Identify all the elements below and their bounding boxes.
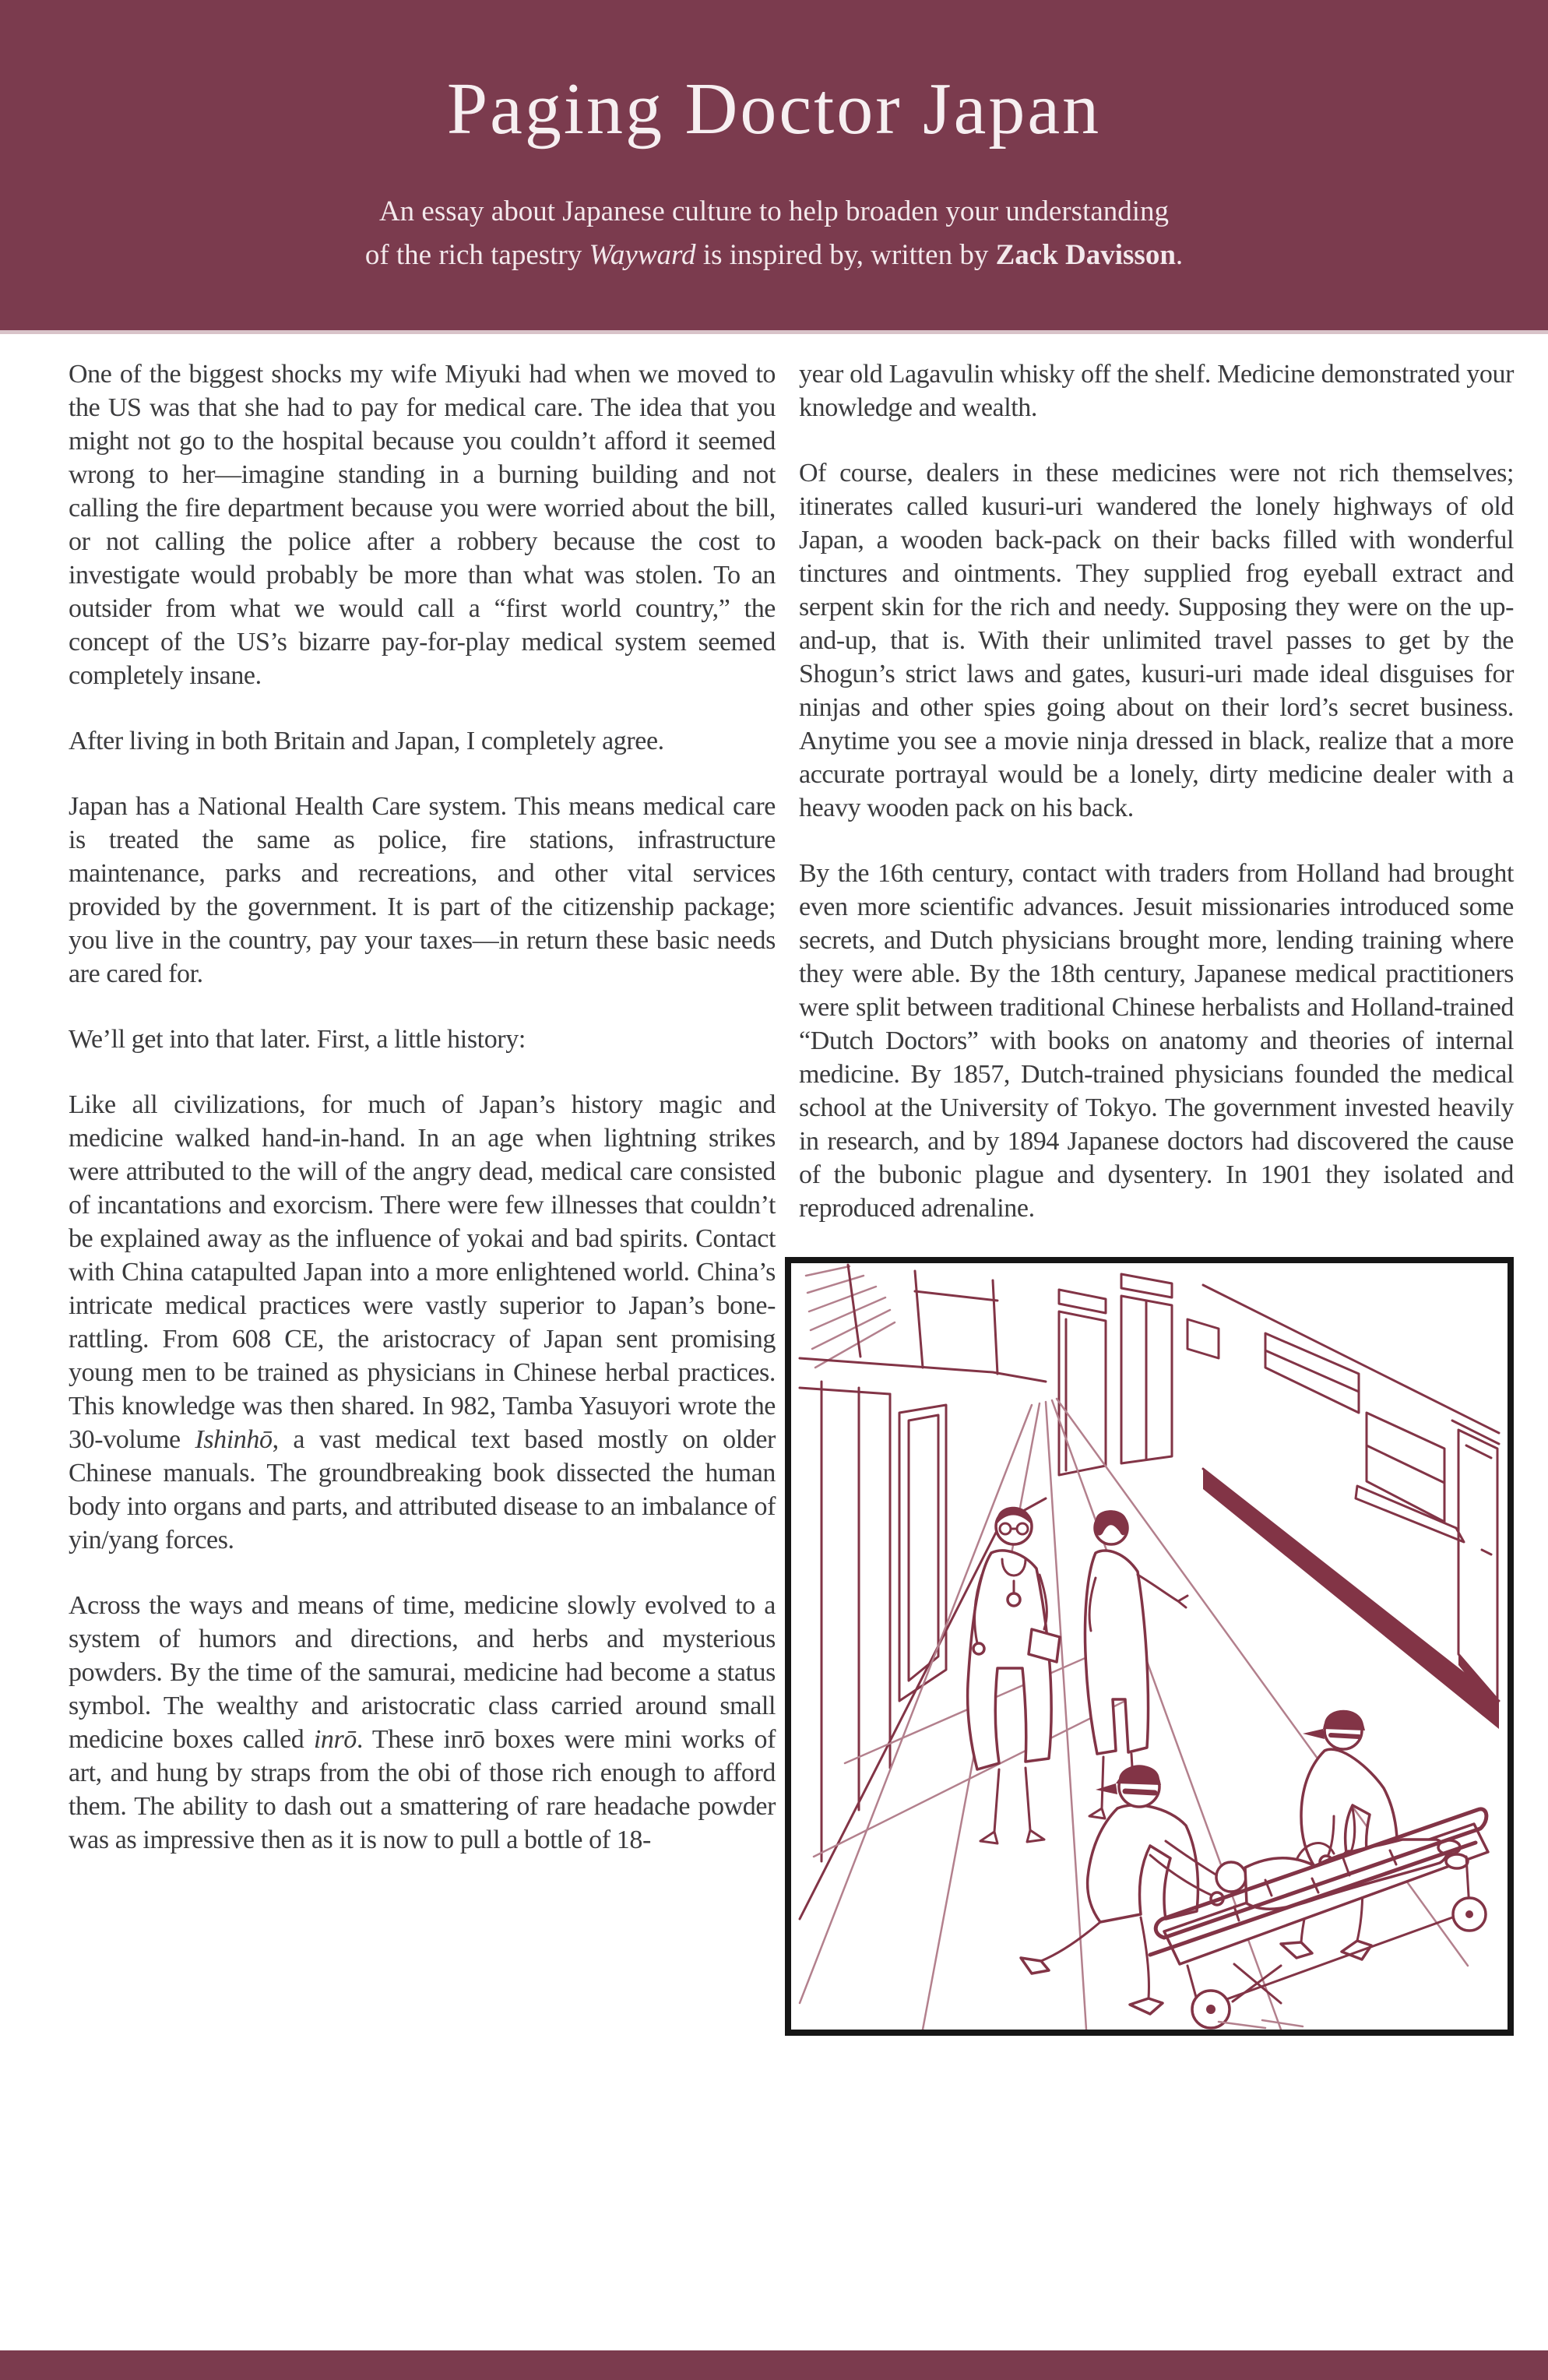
left-column: One of the biggest shocks my wife Miyuki… xyxy=(69,357,776,2036)
header-banner: Paging Doctor Japan An essay about Japan… xyxy=(0,0,1548,330)
paragraph: year old Lagavulin whisky off the shelf.… xyxy=(799,357,1514,424)
hospital-corridor-drawing xyxy=(791,1263,1508,2030)
paragraph: Of course, dealers in these medicines we… xyxy=(799,456,1514,825)
paragraph: By the 16th century, contact with trader… xyxy=(799,857,1514,1225)
hospital-illustration xyxy=(785,1257,1514,2036)
essay-body: One of the biggest shocks my wife Miyuki… xyxy=(0,334,1548,2036)
paragraph: Like all civilizations, for much of Japa… xyxy=(69,1088,776,1557)
paragraph: Japan has a National Health Care system.… xyxy=(69,790,776,991)
page-title: Paging Doctor Japan xyxy=(0,0,1548,151)
paragraph: One of the biggest shocks my wife Miyuki… xyxy=(69,357,776,692)
right-column: year old Lagavulin whisky off the shelf.… xyxy=(799,357,1514,2036)
footer-bar xyxy=(0,2350,1548,2380)
paragraph: After living in both Britain and Japan, … xyxy=(69,724,776,758)
paragraph: We’ll get into that later. First, a litt… xyxy=(69,1023,776,1056)
page-subtitle: An essay about Japanese culture to help … xyxy=(287,190,1261,276)
paragraph: Across the ways and means of time, medic… xyxy=(69,1589,776,1857)
